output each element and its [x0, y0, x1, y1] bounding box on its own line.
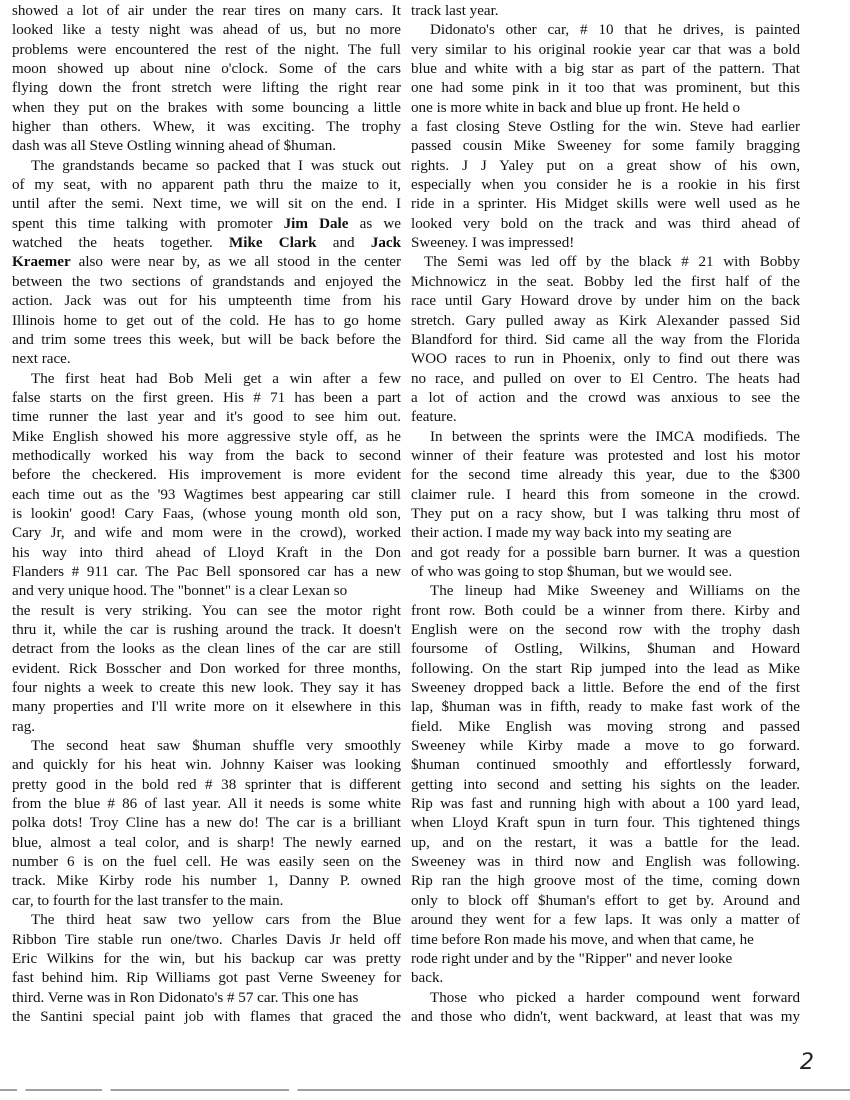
text-line: especially when you consider he is a roo… — [411, 176, 800, 195]
text-line: car, to fourth for the last transfer to … — [12, 892, 401, 911]
text-line: Didonato's other car, # 10 that he drive… — [411, 21, 800, 40]
text-line: field. Mike English was moving strong an… — [411, 718, 800, 737]
text-line: very similar to his original rookie year… — [411, 41, 800, 60]
text-line: methodically worked his way from the bac… — [12, 447, 401, 466]
text-line: higher than others. Whew, it was excitin… — [12, 118, 401, 137]
text-fragment: as we — [348, 216, 401, 232]
text-fragment: also were near by, as we all stood in th… — [71, 254, 401, 270]
text-line: Illinois home to get out of the cold. He… — [12, 312, 401, 331]
text-line: following. On the start Rip jumped into … — [411, 660, 800, 679]
text-line: Those who picked a harder compound went … — [411, 989, 800, 1008]
text-line: problems were encountered the rest of th… — [12, 41, 401, 60]
text-line: his way into third ahead of Lloyd Kraft … — [12, 544, 401, 563]
text-line: Rip was fast and running high with about… — [411, 795, 800, 814]
text-line: passed cousin Mike Sweeney for some fami… — [411, 137, 800, 156]
text-line: detract from the looks as the clean line… — [12, 640, 401, 659]
text-line: evident. Rick Bosscher and Don worked fo… — [12, 660, 401, 679]
text-line: and those who didn't, went backward, at … — [411, 1008, 800, 1027]
text-line: dash was all Steve Ostling winning ahead… — [12, 137, 401, 156]
bottom-rule — [0, 1089, 850, 1091]
text-line: of who was going to stop $human, but we … — [411, 563, 800, 582]
text-line: false starts on the first green. His # 7… — [12, 389, 401, 408]
text-line: is lookin' good! Cary Faas, (whose young… — [12, 505, 401, 524]
text-line: and trim some trees this week, but will … — [12, 331, 401, 350]
text-line: rights. J J Yaley put on a great show of… — [411, 157, 800, 176]
text-line: pretty good in the bold red # 38 sprinte… — [12, 776, 401, 795]
text-fragment: and — [317, 235, 371, 251]
text-line: Flanders # 911 car. The Pac Bell sponsor… — [12, 563, 401, 582]
text-line: race until Gary Howard drove by under hi… — [411, 292, 800, 311]
bold-name: Kraemer — [12, 254, 71, 270]
text-line: stretch. Gary pulled away as Kirk Alexan… — [411, 312, 800, 331]
text-line: rode right under and by the "Ripper" and… — [411, 950, 800, 969]
article-column-left: showed a lot of air under the rear tires… — [12, 2, 401, 1027]
text-line: Blandford for third. Sid came all the wa… — [411, 331, 800, 350]
text-line: thru it, while the car is rushing around… — [12, 621, 401, 640]
page-number: 2 — [800, 1050, 814, 1075]
article-column-right: track last year.Didonato's other car, # … — [411, 2, 800, 1027]
text-line: track. Mike Kirby rode his number 1, Dan… — [12, 872, 401, 891]
text-line: The third heat saw two yellow cars from … — [12, 911, 401, 930]
text-line: The second heat saw $human shuffle very … — [12, 737, 401, 756]
bold-name: Mike Clark — [229, 235, 317, 251]
text-line: when they put on the brakes with some bo… — [12, 99, 401, 118]
text-line: of my seat, with no apparent path thru t… — [12, 176, 401, 195]
text-line: claimer rule. I heard this from someone … — [411, 486, 800, 505]
text-line: before the checkered. His improvement is… — [12, 466, 401, 485]
text-line: The first heat had Bob Meli get a win af… — [12, 370, 401, 389]
text-line: Michnowicz in the seat. Bobby led the fi… — [411, 273, 800, 292]
text-line: looked very bold on the track and was th… — [411, 215, 800, 234]
text-line: English were on the second row with the … — [411, 621, 800, 640]
text-line: their action. I made my way back into my… — [411, 524, 800, 543]
text-line: many properties and I'll write more on i… — [12, 698, 401, 717]
text-line: time before Ron made his move, and when … — [411, 931, 800, 950]
text-line: from the blue # 86 of last year. All it … — [12, 795, 401, 814]
text-line: moon showed up about nine o'clock. Some … — [12, 60, 401, 79]
text-line: front row. Both could be a winner from t… — [411, 602, 800, 621]
text-line: WOO races to run in Phoenix, only to fin… — [411, 350, 800, 369]
text-line: and quickly for his heat win. Johnny Kai… — [12, 756, 401, 775]
text-line: Ribbon Tire stable run one/two. Charles … — [12, 931, 401, 950]
text-line: time runner the last year and it's good … — [12, 408, 401, 427]
text-line: back. — [411, 969, 800, 988]
text-line: Mike English showed his more aggressive … — [12, 428, 401, 447]
text-line: rag. — [12, 718, 401, 737]
text-line: the result is very striking. You can see… — [12, 602, 401, 621]
text-fragment: watched the heats together. — [12, 235, 229, 251]
text-line: next race. — [12, 350, 401, 369]
text-line: Cary Jr, and wife and mom were in the cr… — [12, 524, 401, 543]
bold-name: Jim Dale — [284, 216, 349, 232]
text-line: Rip ran the high groove most of the time… — [411, 872, 800, 891]
text-line: The lineup had Mike Sweeney and Williams… — [411, 582, 800, 601]
text-line: number 6 is on the fuel cell. He was eas… — [12, 853, 401, 872]
text-line: for the second time already this year, d… — [411, 466, 800, 485]
text-line: looked like a testy night was ahead of u… — [12, 21, 401, 40]
text-line: a fast closing Steve Ostling for the win… — [411, 118, 800, 137]
text-line: lap, $human was in fifth, ready to make … — [411, 698, 800, 717]
text-line: Kraemer also were near by, as we all sto… — [12, 253, 401, 272]
text-line: between the two sections of grandstands … — [12, 273, 401, 292]
text-line: The Semi was led off by the black # 21 w… — [411, 253, 800, 272]
text-line: ride in a sprinter. His Midget skills we… — [411, 195, 800, 214]
text-line: four nights a week to create this new lo… — [12, 679, 401, 698]
text-line: Sweeney was in third now and English was… — [411, 853, 800, 872]
text-line: third. Verne was in Ron Didonato's # 57 … — [12, 989, 401, 1008]
text-line: spent this time talking with promoter Ji… — [12, 215, 401, 234]
text-line: no race, and pulled on over to El Centro… — [411, 370, 800, 389]
text-line: when Lloyd Kraft spun in turn four. This… — [411, 814, 800, 833]
text-line: and got ready for a possible barn burner… — [411, 544, 800, 563]
text-line: the Santini special paint job with flame… — [12, 1008, 401, 1027]
text-line: around they went for a few laps. It was … — [411, 911, 800, 930]
text-line: The grandstands became so packed that I … — [12, 157, 401, 176]
text-line: each time out as the '93 Wagtimes best a… — [12, 486, 401, 505]
text-line: blue and white with a big star as part o… — [411, 60, 800, 79]
text-line: track last year. — [411, 2, 800, 21]
text-line: foursome of Ostling, Wilkins, $human and… — [411, 640, 800, 659]
text-line: blue, almost a teal color, and is sharp!… — [12, 834, 401, 853]
text-line: watched the heats together. Mike Clark a… — [12, 234, 401, 253]
text-line: In between the sprints were the IMCA mod… — [411, 428, 800, 447]
text-line: flying down the front stretch were lifti… — [12, 79, 401, 98]
text-line: winner of their feature was protested an… — [411, 447, 800, 466]
bold-name: Jack — [371, 235, 401, 251]
text-line: one is more white in back and blue up fr… — [411, 99, 800, 118]
text-line: Eric Wilkins for the win, but his backup… — [12, 950, 401, 969]
text-line: one had some pink in it too that was pro… — [411, 79, 800, 98]
text-line: Sweeney. I was impressed! — [411, 234, 800, 253]
text-line: polka dots! Troy Cline has a new do! The… — [12, 814, 401, 833]
text-line: only to block off $human's effort to get… — [411, 892, 800, 911]
text-line: getting into second and setting his sigh… — [411, 776, 800, 795]
text-line: showed a lot of air under the rear tires… — [12, 2, 401, 21]
text-line: Sweeney dropped back a little. Before th… — [411, 679, 800, 698]
text-line: and very unique hood. The "bonnet" is a … — [12, 582, 401, 601]
text-line: action. Jack was out for his umpteenth t… — [12, 292, 401, 311]
text-line: fast behind him. Rip Williams got past V… — [12, 969, 401, 988]
text-line: a lot of action and the crowd was anxiou… — [411, 389, 800, 408]
text-line: until after the semi. Next time, we will… — [12, 195, 401, 214]
text-line: feature. — [411, 408, 800, 427]
text-fragment: spent this time talking with promoter — [12, 216, 284, 232]
text-line: Sweeney while Kirby made a move to go fo… — [411, 737, 800, 756]
text-line: $human continued smoothly and effortless… — [411, 756, 800, 775]
text-line: up, and on the restart, it was a battle … — [411, 834, 800, 853]
text-line: They put on a racy show, but I was talki… — [411, 505, 800, 524]
